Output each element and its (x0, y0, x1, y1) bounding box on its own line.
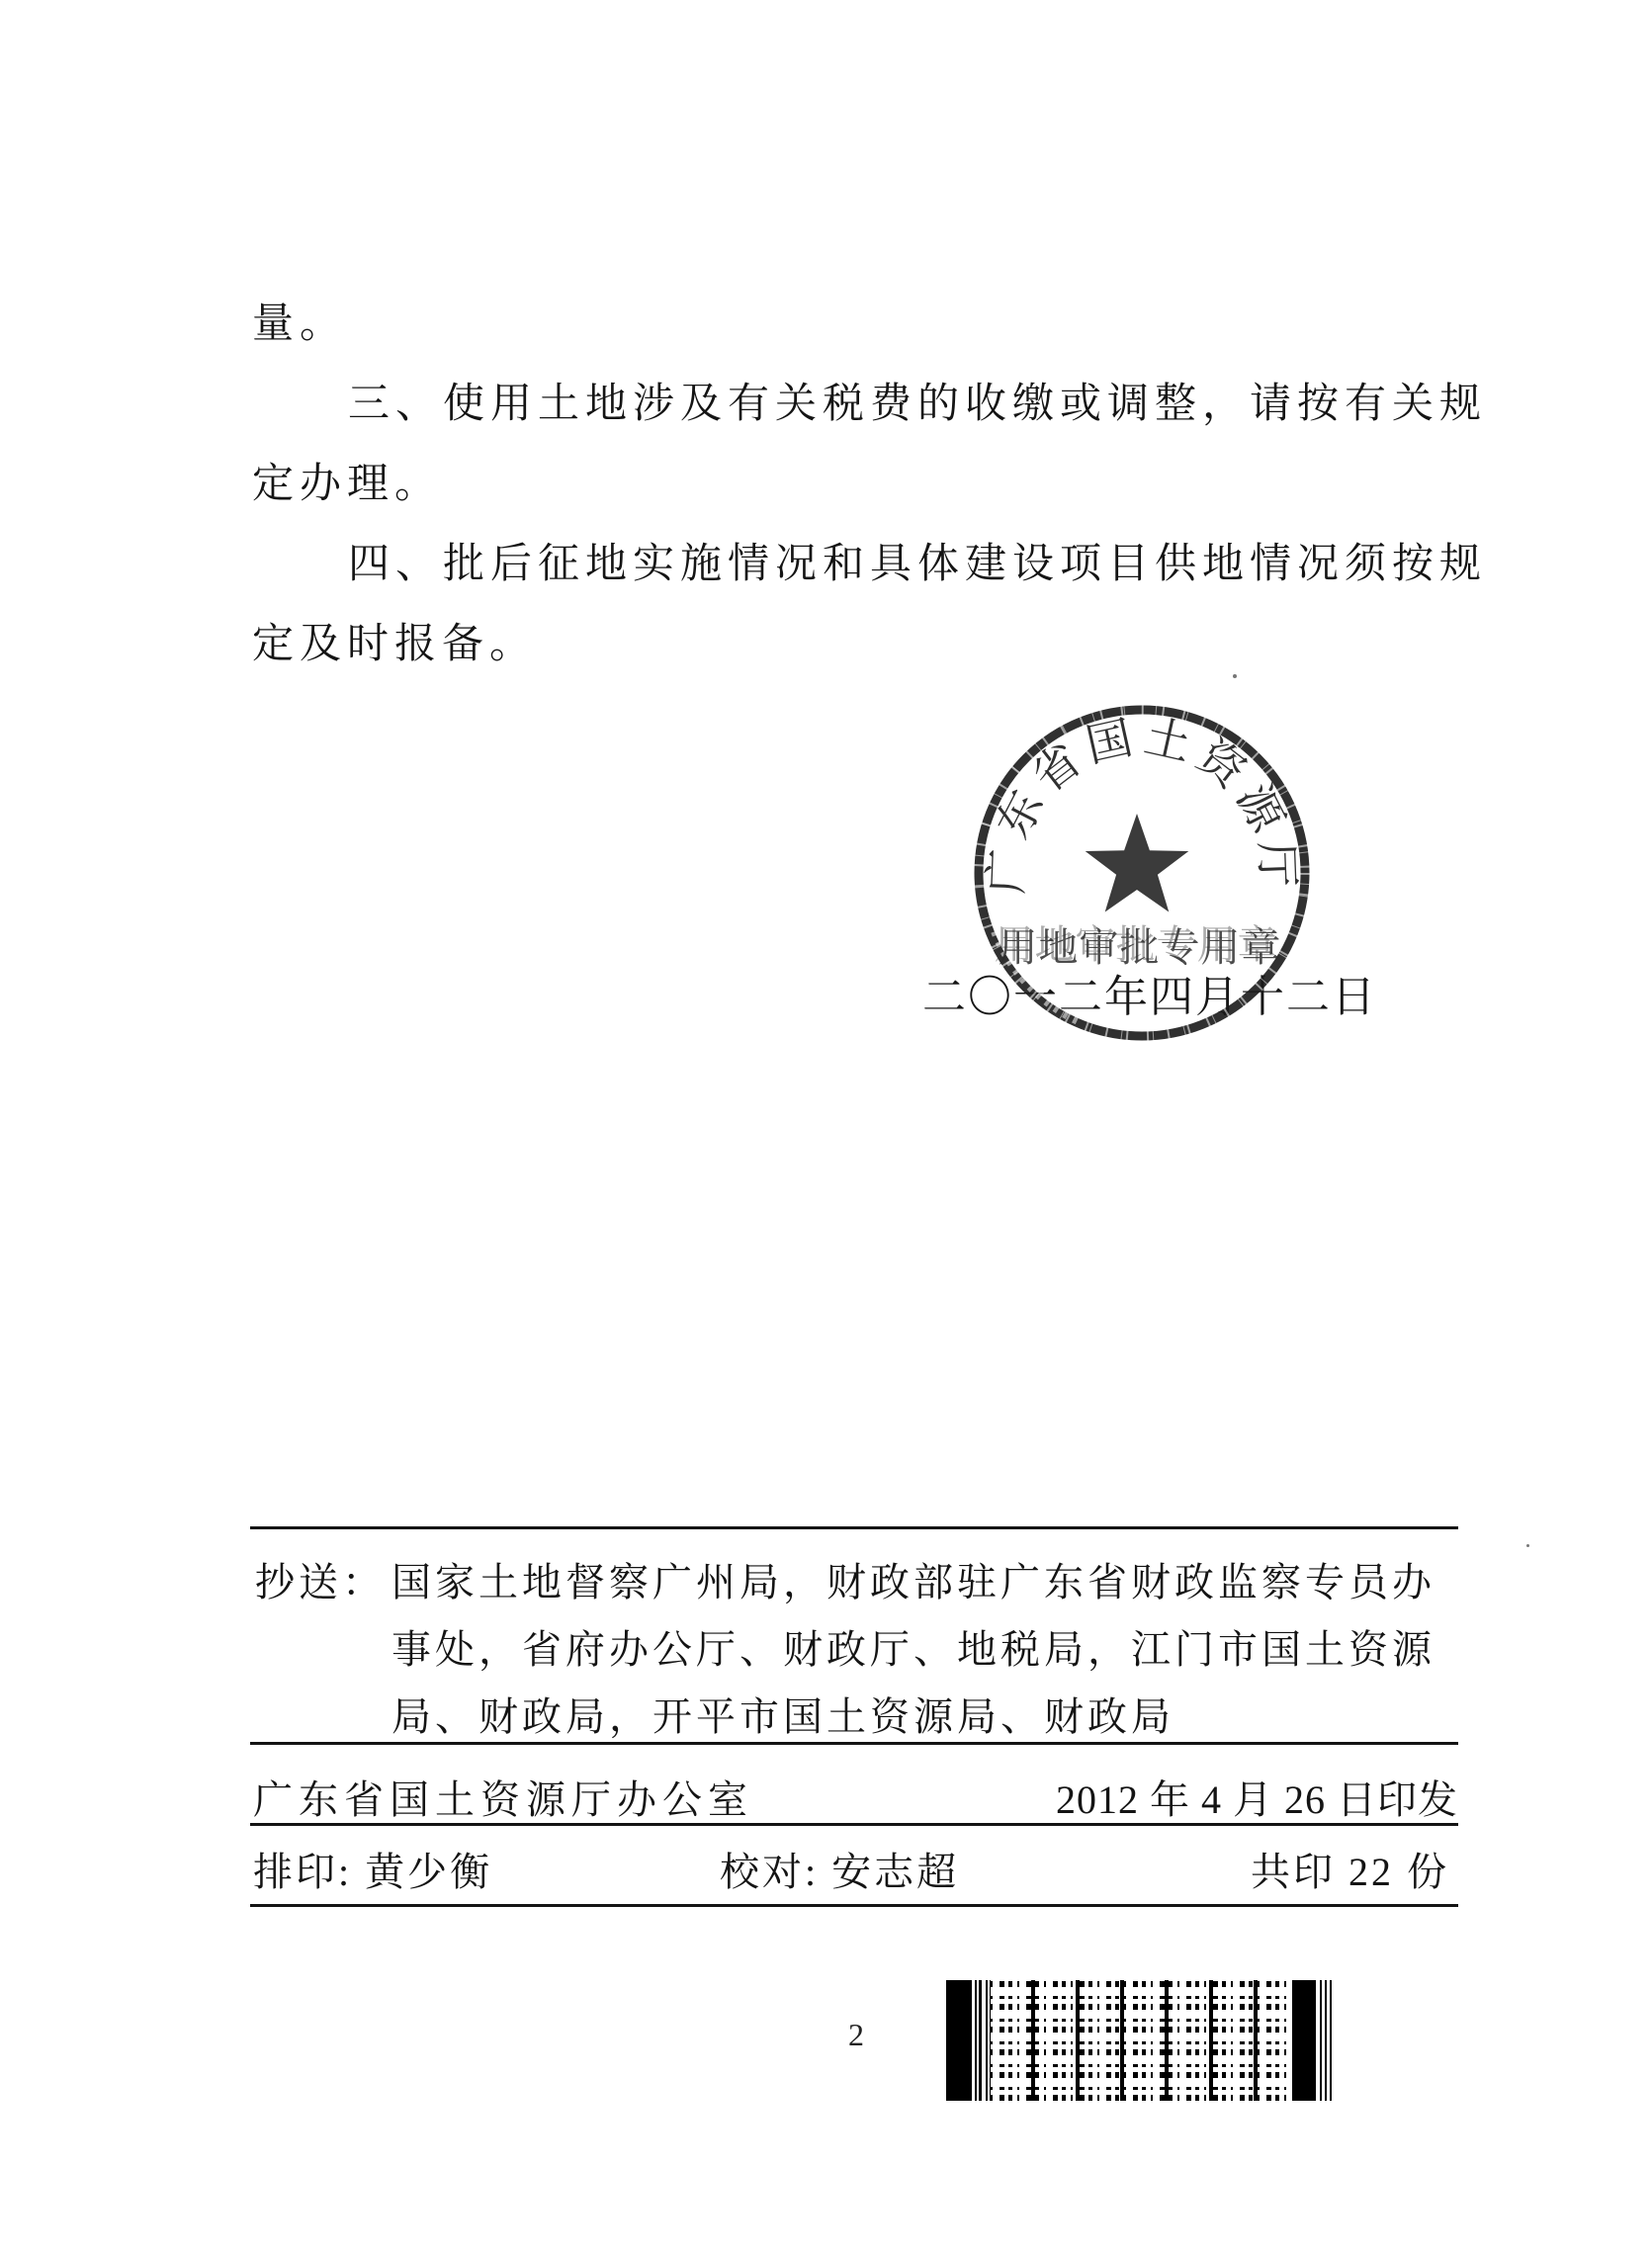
cc-line: 事处，省府办公厅、财政厅、地税局，江门市国土资源 (391, 1618, 1435, 1675)
print-date: 2012 年 4 月 26 日印发 (1056, 1769, 1458, 1825)
star-icon (1086, 814, 1189, 912)
barcode-start-pattern (946, 1980, 990, 2101)
cc-label: 抄送： (255, 1551, 386, 1607)
body-line: 量。 (252, 285, 1463, 365)
body-line: 定办理。 (252, 445, 1463, 525)
cc-line: 局、财政局，开平市国土资源局、财政局 (391, 1686, 1174, 1742)
official-seal: 广东省国土资源厅 用地审批专用章 用地审批专用章 (944, 664, 1340, 1060)
document-barcode (946, 1980, 1334, 2101)
seal-inner-text: 用地审批专用章 (999, 925, 1282, 970)
body-paragraph: 量。 三、使用土地涉及有关税费的收缴或调整，请按有关规 定办理。 四、批后征地实… (252, 285, 1463, 685)
document-page: 量。 三、使用土地涉及有关税费的收缴或调整，请按有关规 定办理。 四、批后征地实… (0, 0, 1652, 2252)
divider-line (250, 1904, 1458, 1907)
cc-line: 国家土地督察广州局，财政部驻广东省财政监察专员办 (391, 1551, 1435, 1607)
body-line: 四、批后征地实施情况和具体建设项目供地情况须按规 (252, 525, 1463, 605)
page-number: 2 (848, 2017, 864, 2053)
typesetter-info: 排印: 黄少衡 (253, 1841, 492, 1897)
scan-speck (1526, 1544, 1529, 1547)
body-line: 三、使用土地涉及有关税费的收缴或调整，请按有关规 (252, 365, 1463, 445)
issuing-office: 广东省国土资源厅办公室 (253, 1769, 753, 1825)
proofreader-info: 校对: 安志超 (720, 1841, 959, 1897)
barcode-stop-pattern (1290, 1980, 1334, 2101)
divider-line (250, 1526, 1458, 1529)
copies-count: 共印 22 份 (1251, 1841, 1449, 1897)
divider-line (250, 1742, 1458, 1745)
